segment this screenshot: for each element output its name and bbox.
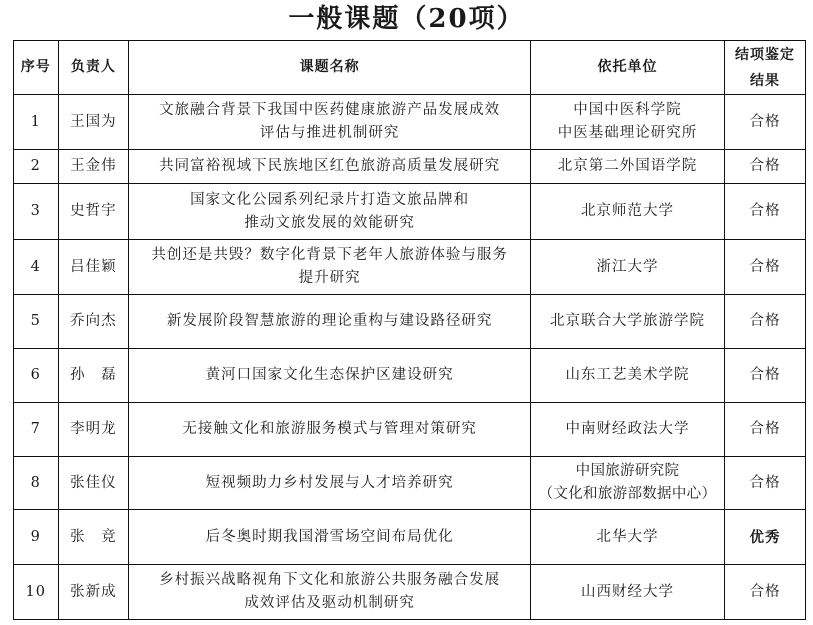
cell-project: 乡村振兴战略视角下文化和旅游公共服务融合发展成效评估及驱动机制研究 bbox=[129, 565, 531, 620]
cell-no: 1 bbox=[14, 95, 59, 150]
table-row: 4 吕佳颖 共创还是共毁？数字化背景下老年人旅游体验与服务提升研究 浙江大学 合… bbox=[14, 240, 806, 295]
cell-no: 10 bbox=[14, 565, 59, 620]
table-row: 3 史哲宇 国家文化公园系列纪录片打造文旅品牌和推动文旅发展的效能研究 北京师范… bbox=[14, 184, 806, 240]
projects-table: 序号 负责人 课题名称 依托单位 结项鉴定 结果 1 王国为 文旅融合背景下我国… bbox=[13, 40, 806, 620]
cell-leader: 孙 磊 bbox=[58, 349, 129, 403]
cell-no: 4 bbox=[14, 240, 59, 295]
cell-project: 短视频助力乡村发展与人才培养研究 bbox=[129, 457, 531, 510]
cell-org: 北华大学 bbox=[530, 510, 724, 565]
cell-leader: 李明龙 bbox=[58, 403, 129, 457]
cell-result: 合格 bbox=[725, 403, 806, 457]
cell-leader: 王国为 bbox=[58, 95, 129, 150]
cell-result: 合格 bbox=[725, 349, 806, 403]
table-row: 8 张佳仪 短视频助力乡村发展与人才培养研究 中国旅游研究院（文化和旅游部数据中… bbox=[14, 457, 806, 510]
cell-project: 黄河口国家文化生态保护区建设研究 bbox=[129, 349, 531, 403]
header-leader: 负责人 bbox=[58, 41, 129, 95]
cell-result: 合格 bbox=[725, 295, 806, 349]
table-row: 10 张新成 乡村振兴战略视角下文化和旅游公共服务融合发展成效评估及驱动机制研究… bbox=[14, 565, 806, 620]
cell-leader: 张 竞 bbox=[58, 510, 129, 565]
cell-org: 北京第二外国语学院 bbox=[530, 150, 724, 184]
cell-project: 新发展阶段智慧旅游的理论重构与建设路径研究 bbox=[129, 295, 531, 349]
header-org: 依托单位 bbox=[530, 41, 724, 95]
header-result: 结项鉴定 结果 bbox=[725, 41, 806, 95]
header-no: 序号 bbox=[14, 41, 59, 95]
header-project: 课题名称 bbox=[129, 41, 531, 95]
cell-result: 合格 bbox=[725, 240, 806, 295]
cell-no: 5 bbox=[14, 295, 59, 349]
cell-leader: 张新成 bbox=[58, 565, 129, 620]
table-row: 5 乔向杰 新发展阶段智慧旅游的理论重构与建设路径研究 北京联合大学旅游学院 合… bbox=[14, 295, 806, 349]
cell-org: 中南财经政法大学 bbox=[530, 403, 724, 457]
cell-project: 无接触文化和旅游服务模式与管理对策研究 bbox=[129, 403, 531, 457]
cell-result: 合格 bbox=[725, 565, 806, 620]
cell-result: 合格 bbox=[725, 150, 806, 184]
cell-result-excellent: 优秀 bbox=[725, 510, 806, 565]
page-title: 一般课题（20项） bbox=[0, 2, 813, 36]
table-row: 2 王金伟 共同富裕视域下民族地区红色旅游高质量发展研究 北京第二外国语学院 合… bbox=[14, 150, 806, 184]
cell-result: 合格 bbox=[725, 457, 806, 510]
cell-org: 中国旅游研究院（文化和旅游部数据中心） bbox=[530, 457, 724, 510]
cell-no: 2 bbox=[14, 150, 59, 184]
cell-project: 后冬奥时期我国滑雪场空间布局优化 bbox=[129, 510, 531, 565]
cell-project: 文旅融合背景下我国中医药健康旅游产品发展成效评估与推进机制研究 bbox=[129, 95, 531, 150]
cell-org: 山东工艺美术学院 bbox=[530, 349, 724, 403]
cell-no: 9 bbox=[14, 510, 59, 565]
table-row: 6 孙 磊 黄河口国家文化生态保护区建设研究 山东工艺美术学院 合格 bbox=[14, 349, 806, 403]
cell-project: 共同富裕视域下民族地区红色旅游高质量发展研究 bbox=[129, 150, 531, 184]
cell-project: 共创还是共毁？数字化背景下老年人旅游体验与服务提升研究 bbox=[129, 240, 531, 295]
cell-project: 国家文化公园系列纪录片打造文旅品牌和推动文旅发展的效能研究 bbox=[129, 184, 531, 240]
cell-leader: 张佳仪 bbox=[58, 457, 129, 510]
cell-org: 北京联合大学旅游学院 bbox=[530, 295, 724, 349]
cell-no: 8 bbox=[14, 457, 59, 510]
cell-leader: 王金伟 bbox=[58, 150, 129, 184]
cell-org: 山西财经大学 bbox=[530, 565, 724, 620]
cell-org: 浙江大学 bbox=[530, 240, 724, 295]
cell-result: 合格 bbox=[725, 184, 806, 240]
cell-leader: 史哲宇 bbox=[58, 184, 129, 240]
table-row: 7 李明龙 无接触文化和旅游服务模式与管理对策研究 中南财经政法大学 合格 bbox=[14, 403, 806, 457]
table-row: 1 王国为 文旅融合背景下我国中医药健康旅游产品发展成效评估与推进机制研究 中国… bbox=[14, 95, 806, 150]
cell-org: 中国中医科学院中医基础理论研究所 bbox=[530, 95, 724, 150]
cell-org: 北京师范大学 bbox=[530, 184, 724, 240]
cell-leader: 乔向杰 bbox=[58, 295, 129, 349]
cell-no: 7 bbox=[14, 403, 59, 457]
cell-result: 合格 bbox=[725, 95, 806, 150]
table-row: 9 张 竞 后冬奥时期我国滑雪场空间布局优化 北华大学 优秀 bbox=[14, 510, 806, 565]
cell-no: 3 bbox=[14, 184, 59, 240]
cell-no: 6 bbox=[14, 349, 59, 403]
header-row: 序号 负责人 课题名称 依托单位 结项鉴定 结果 bbox=[14, 41, 806, 95]
cell-leader: 吕佳颖 bbox=[58, 240, 129, 295]
